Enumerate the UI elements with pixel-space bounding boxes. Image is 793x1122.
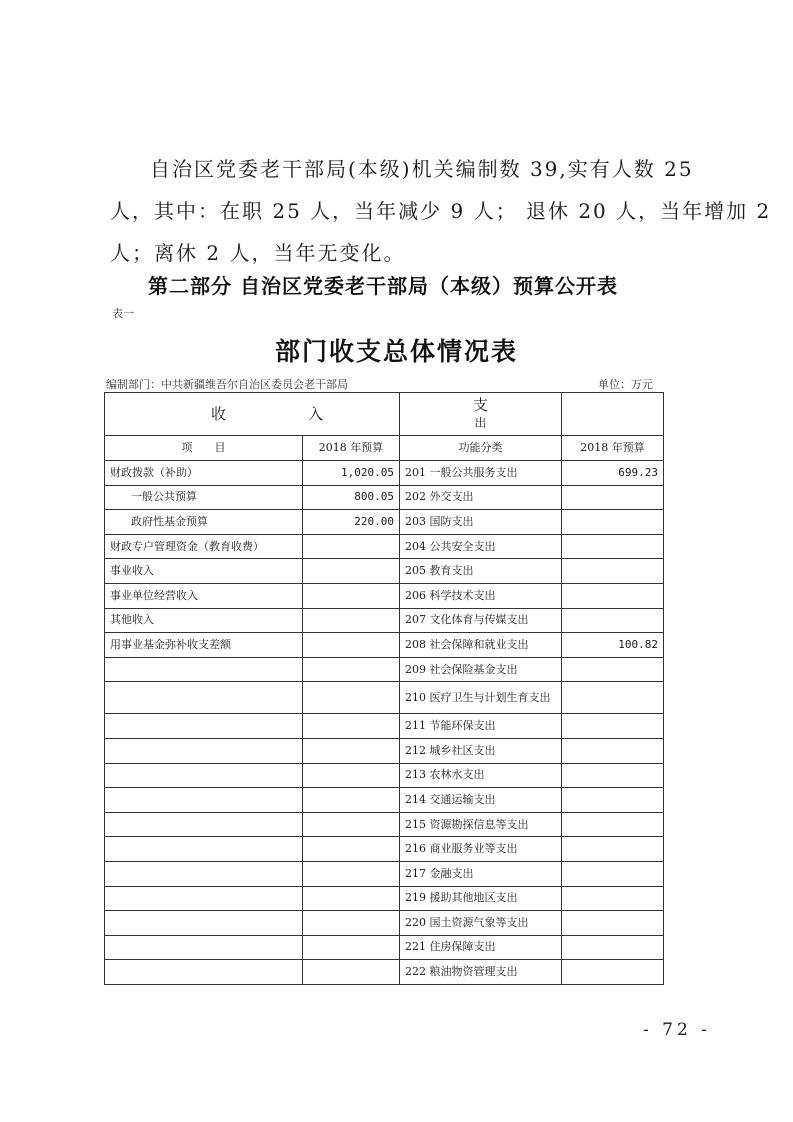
expense-header: 支 出 (400, 393, 562, 436)
intro-paragraph: 自治区党委老干部局(本级)机关编制数 39,实有人数 25 人，其中：在职 25… (110, 148, 700, 274)
table-label: 表一 (112, 305, 134, 321)
expense-cell (562, 583, 664, 608)
budget-table: 收 入 支 出 项 目 2018 年预算 功能分类 2018 年预算 财政拨款（… (104, 392, 664, 985)
function-cell: 222 粮油物资管理支出 (400, 960, 562, 985)
table-row: 财政专户管理资金（教育收费）204 公共安全支出 (105, 534, 664, 559)
item-cell (105, 788, 303, 813)
expense-cell (562, 608, 664, 633)
function-cell: 207 文化体育与传媒支出 (400, 608, 562, 633)
blank-header (562, 393, 664, 436)
income-cell (303, 960, 400, 985)
table-title: 部门收支总体情况表 (0, 332, 793, 368)
income-cell: 1,020.05 (303, 461, 400, 486)
item-cell (105, 657, 303, 682)
function-cell: 202 外交支出 (400, 485, 562, 510)
col-function: 功能分类 (400, 436, 562, 461)
income-cell (303, 935, 400, 960)
income-cell (303, 608, 400, 633)
intro-line-2: 人，其中：在职 25 人，当年减少 9 人； 退休 20 人，当年增加 2 (110, 190, 700, 232)
expense-cell (562, 812, 664, 837)
item-cell: 财政拨款（补助） (105, 461, 303, 486)
expense-cell (562, 837, 664, 862)
income-cell (303, 559, 400, 584)
expense-cell (562, 935, 664, 960)
income-cell (303, 763, 400, 788)
item-cell: 事业单位经营收入 (105, 583, 303, 608)
table-row: 217 金融支出 (105, 861, 664, 886)
expense-cell (562, 861, 664, 886)
income-cell (303, 861, 400, 886)
function-cell: 216 商业服务业等支出 (400, 837, 562, 862)
table-row: 213 农林水支出 (105, 763, 664, 788)
table-row: 其他收入207 文化体育与传媒支出 (105, 608, 664, 633)
expense-cell (562, 559, 664, 584)
section-title: 第二部分 自治区党委老干部局（本级）预算公开表 (148, 270, 618, 299)
income-cell (303, 788, 400, 813)
expense-header-a: 支 (473, 396, 488, 414)
intro-line-1: 自治区党委老干部局(本级)机关编制数 39,实有人数 25 (110, 148, 700, 190)
item-cell (105, 886, 303, 911)
expense-cell (562, 886, 664, 911)
item-cell (105, 837, 303, 862)
table-row: 214 交通运输支出 (105, 788, 664, 813)
income-cell (303, 738, 400, 763)
income-cell (303, 682, 400, 714)
table-row: 212 城乡社区支出 (105, 738, 664, 763)
expense-cell (562, 534, 664, 559)
table-row: 一般公共预算800.05202 外交支出 (105, 485, 664, 510)
income-header-a: 收 (211, 407, 226, 421)
table-row: 219 援助其他地区支出 (105, 886, 664, 911)
item-cell (105, 738, 303, 763)
function-cell: 206 科学技术支出 (400, 583, 562, 608)
function-cell: 217 金融支出 (400, 861, 562, 886)
expense-cell (562, 510, 664, 535)
income-cell (303, 911, 400, 936)
col-item: 项 目 (105, 436, 303, 461)
income-cell (303, 812, 400, 837)
income-cell (303, 657, 400, 682)
function-cell: 210 医疗卫生与计划生育支出 (400, 682, 562, 714)
col-expense-budget: 2018 年预算 (562, 436, 664, 461)
expense-cell (562, 485, 664, 510)
col-income-budget: 2018 年预算 (303, 436, 400, 461)
function-cell: 204 公共安全支出 (400, 534, 562, 559)
table-row: 事业收入205 教育支出 (105, 559, 664, 584)
table-row: 221 住房保障支出 (105, 935, 664, 960)
item-cell: 其他收入 (105, 608, 303, 633)
function-cell: 214 交通运输支出 (400, 788, 562, 813)
expense-cell (562, 657, 664, 682)
page-number: - 72 - (643, 1020, 711, 1040)
expense-cell (562, 960, 664, 985)
item-cell: 政府性基金预算 (105, 510, 303, 535)
table-row: 政府性基金预算220.00203 国防支出 (105, 510, 664, 535)
income-cell (303, 583, 400, 608)
expense-cell (562, 763, 664, 788)
unit-label: 单位：万元 (598, 376, 653, 392)
function-cell: 209 社会保险基金支出 (400, 657, 562, 682)
function-cell: 213 农林水支出 (400, 763, 562, 788)
function-cell: 203 国防支出 (400, 510, 562, 535)
header-row-1: 收 入 支 出 (105, 393, 664, 436)
table-row: 215 资源勘探信息等支出 (105, 812, 664, 837)
function-cell: 220 国土资源气象等支出 (400, 911, 562, 936)
expense-cell (562, 738, 664, 763)
table-row: 211 节能环保支出 (105, 714, 664, 739)
item-cell: 一般公共预算 (105, 485, 303, 510)
income-header-b: 入 (308, 407, 323, 421)
expense-cell (562, 714, 664, 739)
function-cell: 212 城乡社区支出 (400, 738, 562, 763)
income-cell: 220.00 (303, 510, 400, 535)
expense-cell: 100.82 (562, 633, 664, 658)
income-cell (303, 837, 400, 862)
function-cell: 215 资源勘探信息等支出 (400, 812, 562, 837)
table-row: 222 粮油物资管理支出 (105, 960, 664, 985)
function-cell: 211 节能环保支出 (400, 714, 562, 739)
income-cell (303, 886, 400, 911)
income-cell: 800.05 (303, 485, 400, 510)
item-cell (105, 861, 303, 886)
table-row: 用事业基金弥补收支差额208 社会保障和就业支出100.82 (105, 633, 664, 658)
expense-cell (562, 788, 664, 813)
expense-cell: 699.23 (562, 461, 664, 486)
table-row: 事业单位经营收入206 科学技术支出 (105, 583, 664, 608)
header-row-2: 项 目 2018 年预算 功能分类 2018 年预算 (105, 436, 664, 461)
function-cell: 201 一般公共服务支出 (400, 461, 562, 486)
table-row: 216 商业服务业等支出 (105, 837, 664, 862)
item-cell (105, 682, 303, 714)
item-cell: 财政专户管理资金（教育收费） (105, 534, 303, 559)
item-cell: 用事业基金弥补收支差额 (105, 633, 303, 658)
function-cell: 219 援助其他地区支出 (400, 886, 562, 911)
table-row: 财政拨款（补助）1,020.05201 一般公共服务支出699.23 (105, 461, 664, 486)
table-row: 210 医疗卫生与计划生育支出 (105, 682, 664, 714)
item-cell (105, 935, 303, 960)
item-cell (105, 960, 303, 985)
income-cell (303, 534, 400, 559)
function-cell: 221 住房保障支出 (400, 935, 562, 960)
item-cell (105, 911, 303, 936)
table-row: 209 社会保险基金支出 (105, 657, 664, 682)
expense-cell (562, 911, 664, 936)
function-cell: 208 社会保障和就业支出 (400, 633, 562, 658)
income-cell (303, 633, 400, 658)
income-cell (303, 714, 400, 739)
item-cell (105, 812, 303, 837)
table-row: 220 国土资源气象等支出 (105, 911, 664, 936)
expense-header-b: 出 (474, 414, 486, 432)
expense-cell (562, 682, 664, 714)
compiler-label: 编制部门：中共新疆维吾尔自治区委员会老干部局 (106, 376, 348, 392)
item-cell (105, 714, 303, 739)
intro-line-3: 人；离休 2 人，当年无变化。 (110, 232, 700, 274)
function-cell: 205 教育支出 (400, 559, 562, 584)
item-cell (105, 763, 303, 788)
item-cell: 事业收入 (105, 559, 303, 584)
income-header: 收 入 (105, 393, 400, 436)
